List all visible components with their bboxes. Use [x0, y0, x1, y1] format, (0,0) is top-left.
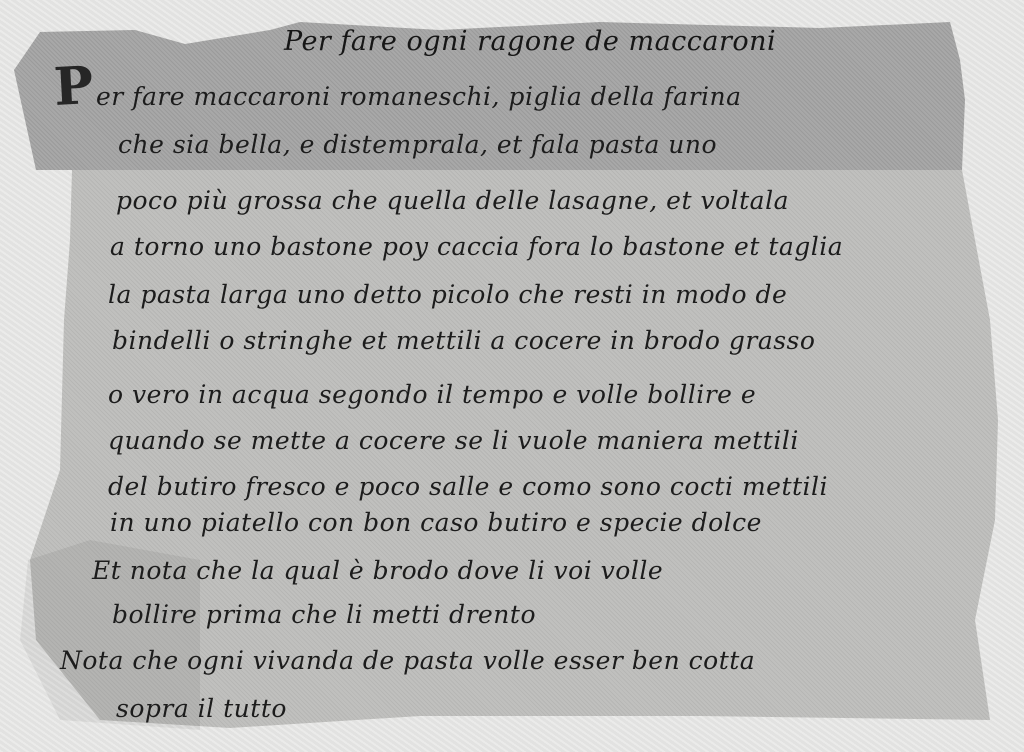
manuscript-line: bindelli o stringhe et mettili a cocere …: [112, 326, 815, 355]
manuscript-line: del butiro fresco e poco salle e como so…: [108, 472, 828, 501]
manuscript-line: in uno piatello con bon caso butiro e sp…: [110, 508, 762, 537]
manuscript-line: a torno uno bastone poy caccia fora lo b…: [110, 232, 843, 261]
decorated-initial: P: [52, 55, 94, 118]
manuscript-line: poco più grossa che quella delle lasagne…: [116, 186, 789, 215]
manuscript-line: Et nota che la qual è brodo dove li voi …: [92, 556, 663, 585]
manuscript-line: er fare maccaroni romaneschi, piglia del…: [96, 82, 742, 111]
manuscript-line: bollire prima che li metti drento: [112, 600, 536, 629]
manuscript-line: la pasta larga uno detto picolo che rest…: [108, 280, 787, 309]
manuscript-line: o vero in acqua segondo il tempo e volle…: [108, 380, 756, 409]
manuscript-line: sopra il tutto: [116, 694, 287, 723]
manuscript-line: quando se mette a cocere se li vuole man…: [108, 426, 799, 455]
manuscript-line: Nota che ogni vivanda de pasta volle ess…: [60, 646, 755, 675]
manuscript-title: Per fare ogni ragone de maccaroni: [284, 26, 776, 57]
manuscript-line: che sia bella, e distemprala, et fala pa…: [118, 130, 717, 159]
